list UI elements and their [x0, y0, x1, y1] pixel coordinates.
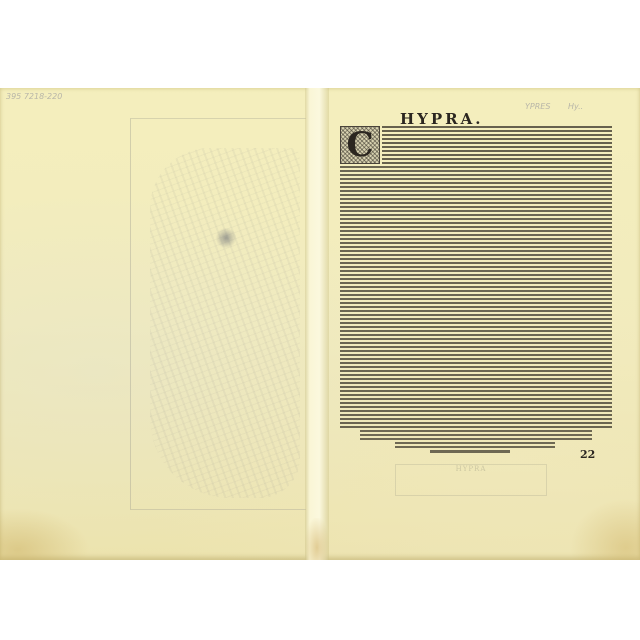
pencil-annotation-inventory: 395 7218-220	[6, 92, 62, 101]
text-lines-taper	[360, 430, 592, 440]
show-through-town-plan	[150, 148, 300, 498]
pencil-annotation-ypres: YPRES	[525, 102, 550, 111]
text-lines-taper	[395, 442, 555, 448]
text-lines-beside-initial	[382, 126, 612, 164]
body-text-block: C IVITAS Hyprensis…	[340, 126, 612, 456]
center-fold	[305, 88, 329, 560]
ink-blot	[215, 228, 237, 248]
paper-sheet: 395 7218-220 YPRES Hy.. HYPRA. C IVITAS …	[0, 88, 640, 560]
fold-stain	[305, 518, 329, 560]
age-stain-bottom-right	[570, 498, 640, 560]
text-lines-body	[340, 166, 612, 428]
page-number: 22	[580, 448, 595, 461]
age-stain-bottom-left	[0, 508, 90, 560]
pencil-annotation-hypra: Hy..	[568, 102, 583, 111]
decorated-initial: C	[340, 126, 380, 164]
text-line-final	[430, 450, 510, 453]
show-through-cartouche: HYPRA	[395, 464, 547, 496]
